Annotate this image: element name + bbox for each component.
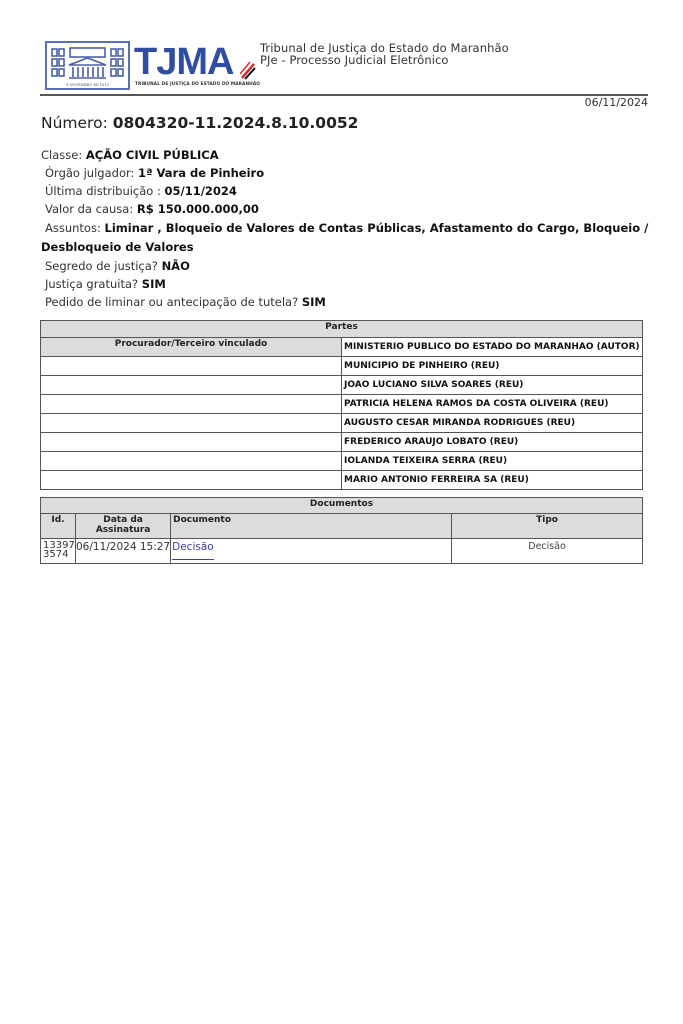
table-row: MUNICIPIO DE PINHEIRO (REU) bbox=[41, 357, 643, 376]
parte-name: JOAO LUCIANO SILVA SOARES (REU) bbox=[342, 376, 643, 395]
col-header-documento: Documento bbox=[171, 514, 452, 539]
header-text: Tribunal de Justiça do Estado do Maranhã… bbox=[260, 42, 509, 66]
table-row: PATRICIA HELENA RAMOS DA COSTA OLIVEIRA … bbox=[41, 395, 643, 414]
parte-name: IOLANDA TEIXEIRA SERRA (REU) bbox=[342, 452, 643, 471]
procurador-cell bbox=[41, 471, 342, 490]
liminar-value: SIM bbox=[302, 295, 326, 309]
procurador-column-header: Procurador/Terceiro vinculado bbox=[41, 338, 342, 357]
assuntos-label: Assuntos: bbox=[45, 221, 101, 235]
parte-name: MUNICIPIO DE PINHEIRO (REU) bbox=[342, 357, 643, 376]
print-date: 06/11/2024 bbox=[585, 96, 648, 109]
doc-id: 133973574 bbox=[41, 539, 76, 564]
classe-field: Classe: AÇÃO CIVIL PÚBLICA bbox=[41, 146, 219, 164]
table-row: 133973574 06/11/2024 15:27 Decisão Decis… bbox=[41, 539, 643, 564]
table-row: Procurador/Terceiro vinculado MINISTERIO… bbox=[41, 338, 643, 357]
table-row: AUGUSTO CESAR MIRANDA RODRIGUES (REU) bbox=[41, 414, 643, 433]
procurador-cell bbox=[41, 357, 342, 376]
documentos-title: Documentos bbox=[41, 498, 643, 514]
procurador-cell bbox=[41, 395, 342, 414]
assuntos-value-continued: Desbloqueio de Valores bbox=[41, 240, 194, 254]
gratuita-label: Justiça gratuita? bbox=[45, 277, 138, 291]
header-divider bbox=[40, 94, 648, 96]
tjma-flag-stripes-icon bbox=[240, 60, 256, 80]
col-header-data-assinatura: Data da Assinatura bbox=[76, 514, 171, 539]
doc-data-assinatura: 06/11/2024 15:27 bbox=[76, 539, 171, 564]
parte-name: MARIO ANTONIO FERREIRA SA (REU) bbox=[342, 471, 643, 490]
distribuicao-label: Última distribuição : bbox=[45, 184, 161, 198]
gratuita-value: SIM bbox=[142, 277, 166, 291]
segredo-label: Segredo de justiça? bbox=[45, 259, 158, 273]
procurador-cell bbox=[41, 414, 342, 433]
tjma-wordmark: TJMA bbox=[134, 42, 233, 82]
system-name: PJe - Processo Judicial Eletrônico bbox=[260, 54, 509, 66]
documentos-title-row: Documentos bbox=[41, 498, 643, 514]
classe-value: AÇÃO CIVIL PÚBLICA bbox=[86, 148, 219, 162]
table-row: IOLANDA TEIXEIRA SERRA (REU) bbox=[41, 452, 643, 471]
distribuicao-field: Última distribuição : 05/11/2024 bbox=[45, 182, 237, 200]
parte-name: PATRICIA HELENA RAMOS DA COSTA OLIVEIRA … bbox=[342, 395, 643, 414]
procurador-cell bbox=[41, 376, 342, 395]
valor-value: R$ 150.000.000,00 bbox=[137, 202, 259, 216]
col-header-tipo: Tipo bbox=[452, 514, 643, 539]
segredo-field: Segredo de justiça? NÃO bbox=[45, 257, 190, 275]
classe-label: Classe: bbox=[41, 148, 82, 162]
table-row: JOAO LUCIANO SILVA SOARES (REU) bbox=[41, 376, 643, 395]
assuntos-value: Liminar , Bloqueio de Valores de Contas … bbox=[105, 221, 649, 235]
partes-title: Partes bbox=[41, 321, 643, 338]
procurador-cell bbox=[41, 452, 342, 471]
doc-decisao-link[interactable]: Decisão bbox=[172, 541, 214, 560]
assuntos-field: Assuntos: Liminar , Bloqueio de Valores … bbox=[45, 219, 648, 237]
tjma-subtitle: TRIBUNAL DE JUSTIÇA DO ESTADO DO MARANHÃ… bbox=[135, 82, 260, 87]
partes-table: Partes Procurador/Terceiro vinculado MIN… bbox=[40, 320, 643, 490]
orgao-julgador-field: Órgão julgador: 1ª Vara de Pinheiro bbox=[45, 164, 264, 182]
doc-documento-cell: Decisão bbox=[171, 539, 452, 564]
process-number-label: Número: bbox=[41, 114, 108, 132]
valor-causa-field: Valor da causa: R$ 150.000.000,00 bbox=[45, 200, 259, 218]
assuntos-continuation: Desbloqueio de Valores bbox=[41, 238, 194, 256]
table-row: FREDERICO ARAUJO LOBATO (REU) bbox=[41, 433, 643, 452]
table-row: MARIO ANTONIO FERREIRA SA (REU) bbox=[41, 471, 643, 490]
court-seal-logo: 4 NOVEMBRO DE 1813 bbox=[45, 41, 130, 90]
distribuicao-value: 05/11/2024 bbox=[165, 184, 237, 198]
tjma-logo: TJMA TRIBUNAL DE JUSTIÇA DO ESTADO DO MA… bbox=[134, 42, 258, 92]
procurador-cell bbox=[41, 433, 342, 452]
segredo-value: NÃO bbox=[162, 259, 190, 273]
parte-name: MINISTERIO PUBLICO DO ESTADO DO MARANHAO… bbox=[342, 338, 643, 357]
parte-name: AUGUSTO CESAR MIRANDA RODRIGUES (REU) bbox=[342, 414, 643, 433]
process-number: Número: 0804320-11.2024.8.10.0052 bbox=[41, 114, 358, 132]
orgao-label: Órgão julgador: bbox=[45, 166, 134, 180]
pedido-liminar-field: Pedido de liminar ou antecipação de tute… bbox=[45, 293, 326, 311]
parte-name: FREDERICO ARAUJO LOBATO (REU) bbox=[342, 433, 643, 452]
doc-tipo: Decisão bbox=[452, 539, 643, 564]
valor-label: Valor da causa: bbox=[45, 202, 133, 216]
justica-gratuita-field: Justiça gratuita? SIM bbox=[45, 275, 166, 293]
seal-caption: 4 NOVEMBRO DE 1813 bbox=[47, 83, 128, 87]
orgao-value: 1ª Vara de Pinheiro bbox=[138, 166, 264, 180]
document-page: 4 NOVEMBRO DE 1813 TJMA TRIBUNAL DE JUST… bbox=[0, 0, 683, 1024]
col-header-id: Id. bbox=[41, 514, 76, 539]
partes-title-row: Partes bbox=[41, 321, 643, 338]
liminar-label: Pedido de liminar ou antecipação de tute… bbox=[45, 295, 298, 309]
documentos-table: Documentos Id. Data da Assinatura Docume… bbox=[40, 497, 643, 564]
process-number-value: 0804320-11.2024.8.10.0052 bbox=[113, 114, 359, 132]
documentos-header-row: Id. Data da Assinatura Documento Tipo bbox=[41, 514, 643, 539]
